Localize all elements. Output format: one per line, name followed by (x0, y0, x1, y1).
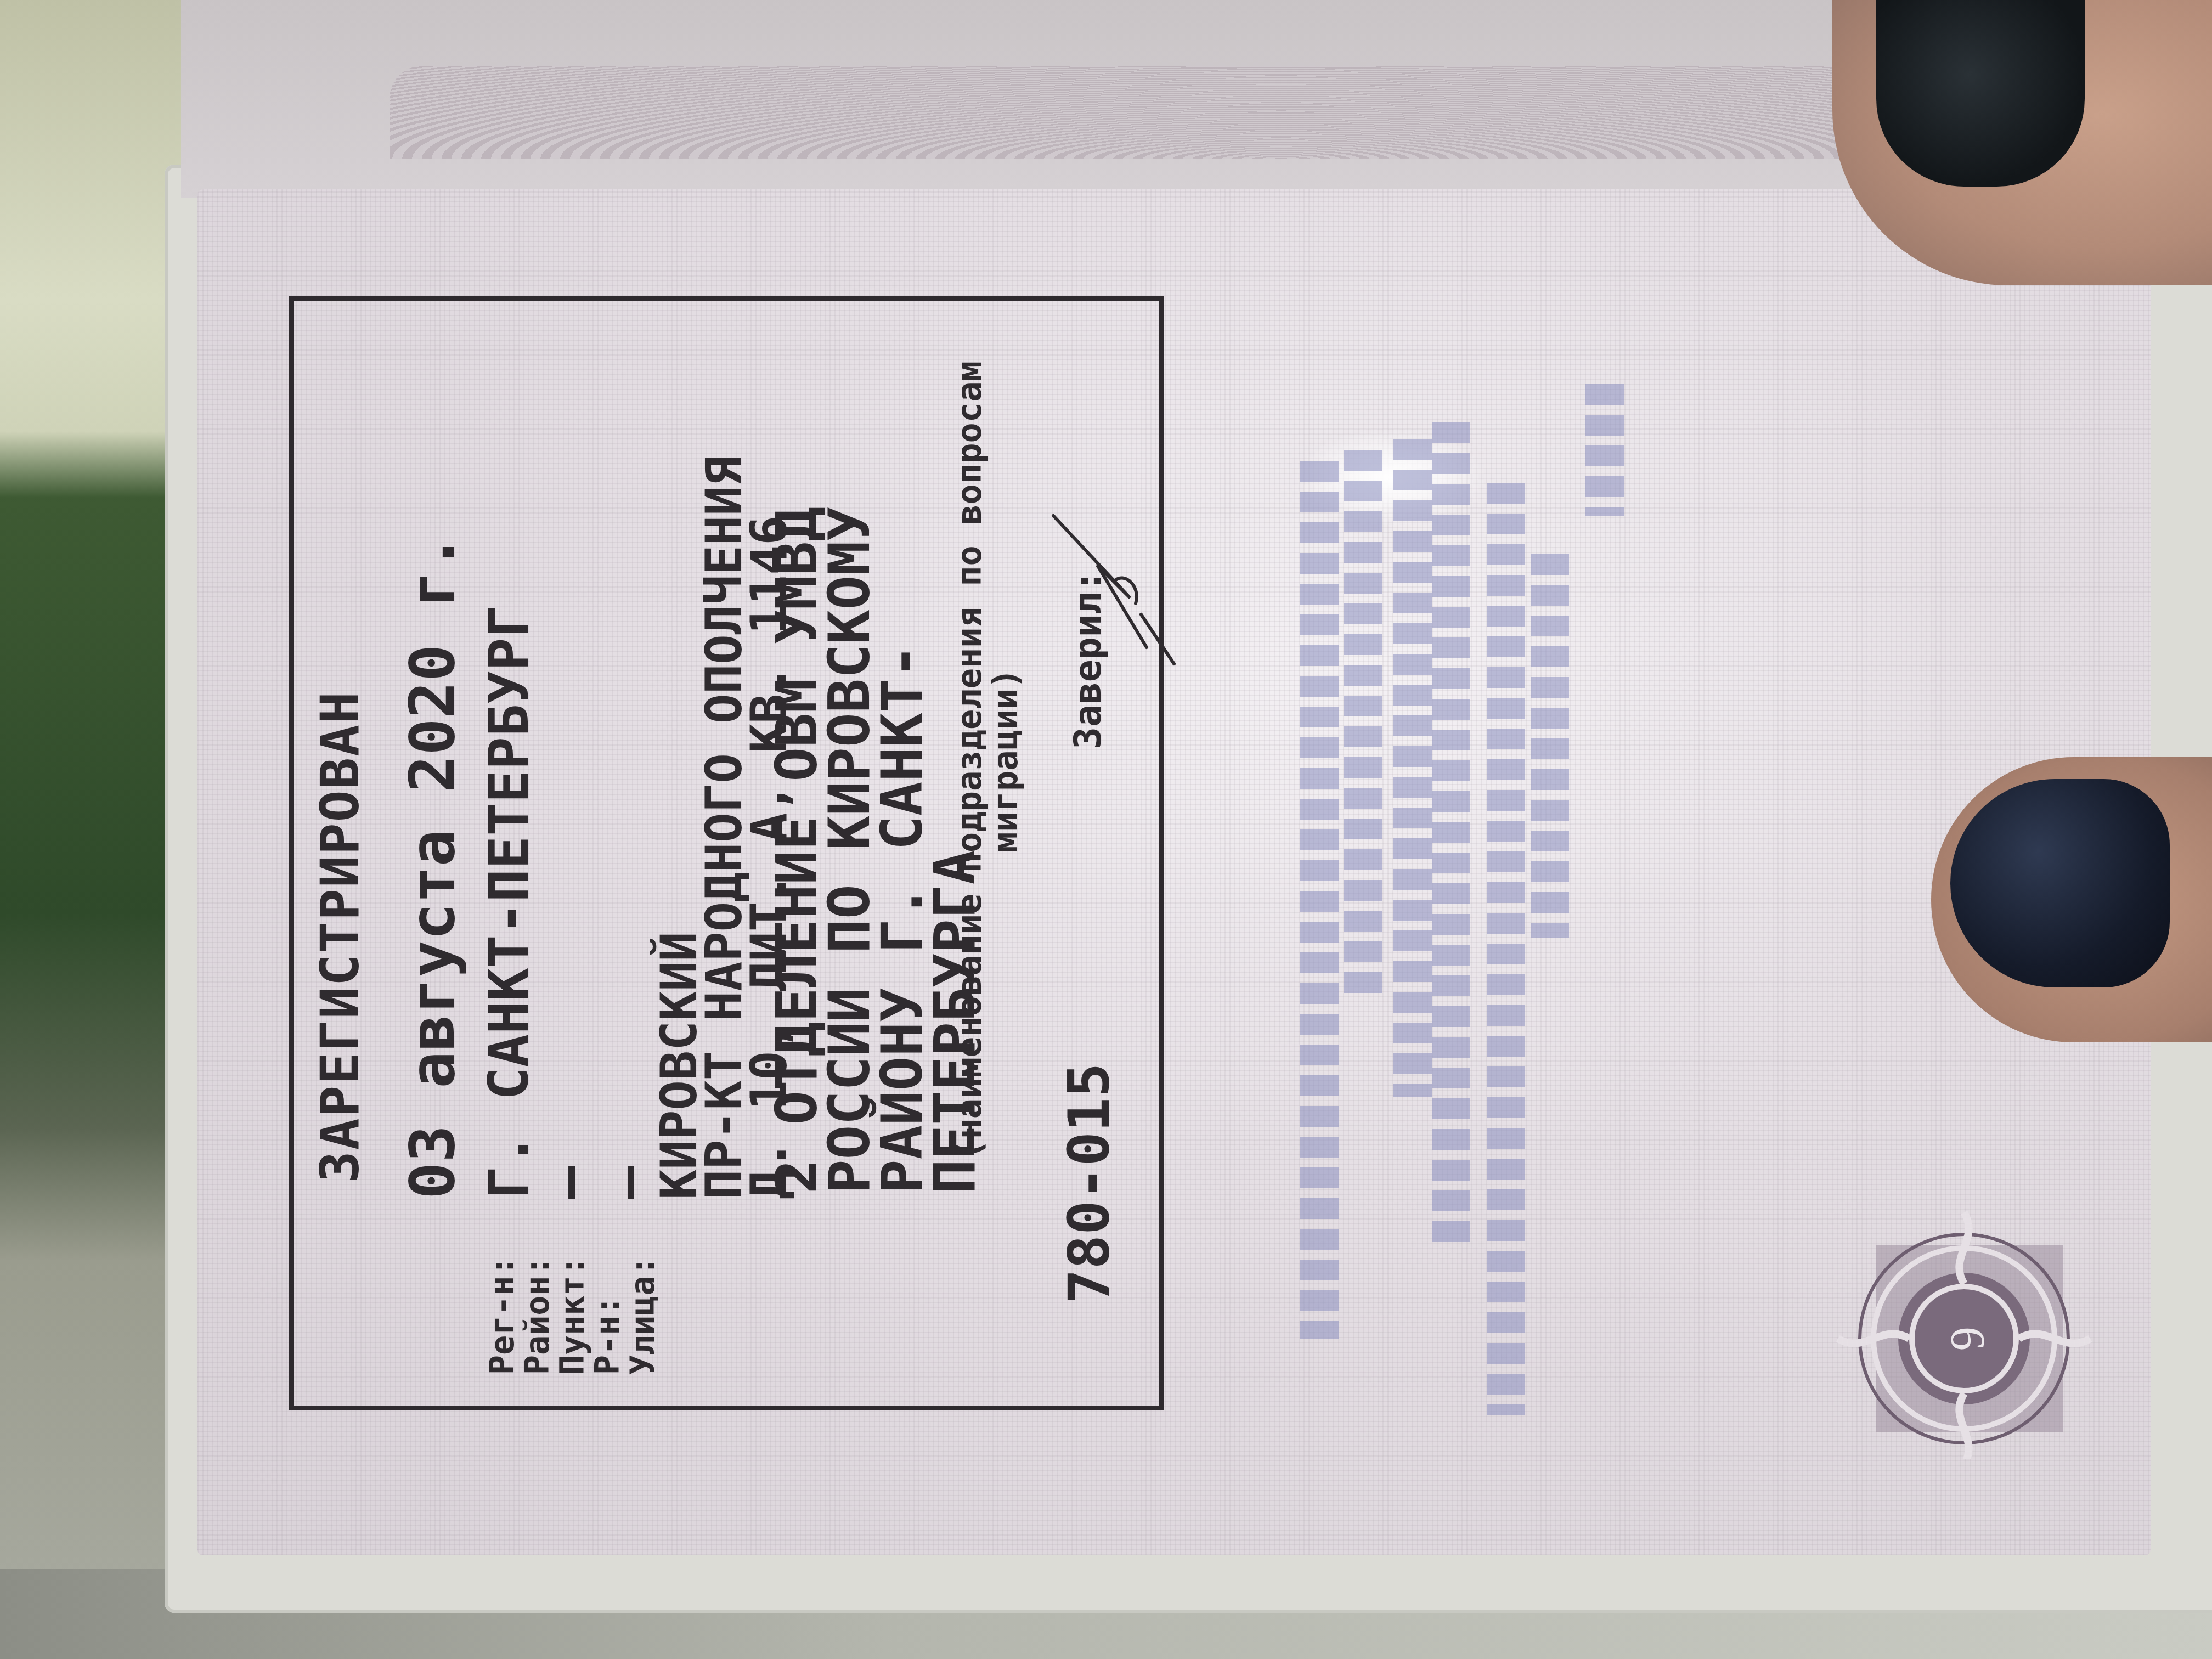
value-locality: — (598, 456, 657, 1199)
field-labels: Рег-н: Район: Пункт: Р-н: Улица: (485, 1256, 661, 1375)
label-area: Р-н: (590, 1256, 625, 1375)
label-region: Рег-н: (485, 1256, 520, 1375)
fingernail-top (1876, 0, 2085, 187)
value-region: Г. САНКТ-ПЕТЕРБУРГ (479, 456, 539, 1199)
label-street: Улица: (625, 1256, 661, 1375)
department-line: 2 ОТДЕЛЕНИЕ ОВМ УМВД (770, 311, 823, 1194)
page-number-emblem-icon: 6 (1827, 1207, 2101, 1459)
value-district: — (539, 456, 598, 1199)
faded-stamp-bleedthrough (1278, 373, 1827, 1388)
department-caption: (наименование подразделения по вопросам … (951, 343, 1024, 1177)
department-line: РОССИИ ПО КИРОВСКОМУ (823, 311, 876, 1194)
registration-stamp: ЗАРЕГИСТРИРОВАН 03 августа 2020 г. Рег-н… (289, 296, 1164, 1410)
field-values: Г. САНКТ-ПЕТЕРБУРГ — — КИРОВСКИЙ ПР-КТ Н… (479, 456, 792, 1199)
registration-date: 03 августа 2020 г. (397, 533, 469, 1199)
page-number: 6 (1941, 1327, 1994, 1351)
stamp-title: ЗАРЕГИСТРИРОВАН (309, 691, 371, 1183)
caption-line: (наименование подразделения по вопросам (951, 343, 988, 1177)
fingernail-middle (1950, 779, 2170, 988)
facing-page (181, 0, 2013, 198)
signature-icon (1031, 505, 1196, 669)
label-district: Район: (520, 1256, 555, 1375)
stamp-content: ЗАРЕГИСТРИРОВАН 03 августа 2020 г. Рег-н… (298, 311, 1154, 1397)
department-code: 780-015 (1056, 1063, 1122, 1303)
label-locality: Пункт: (555, 1256, 590, 1375)
caption-line: миграции) (988, 343, 1024, 1177)
